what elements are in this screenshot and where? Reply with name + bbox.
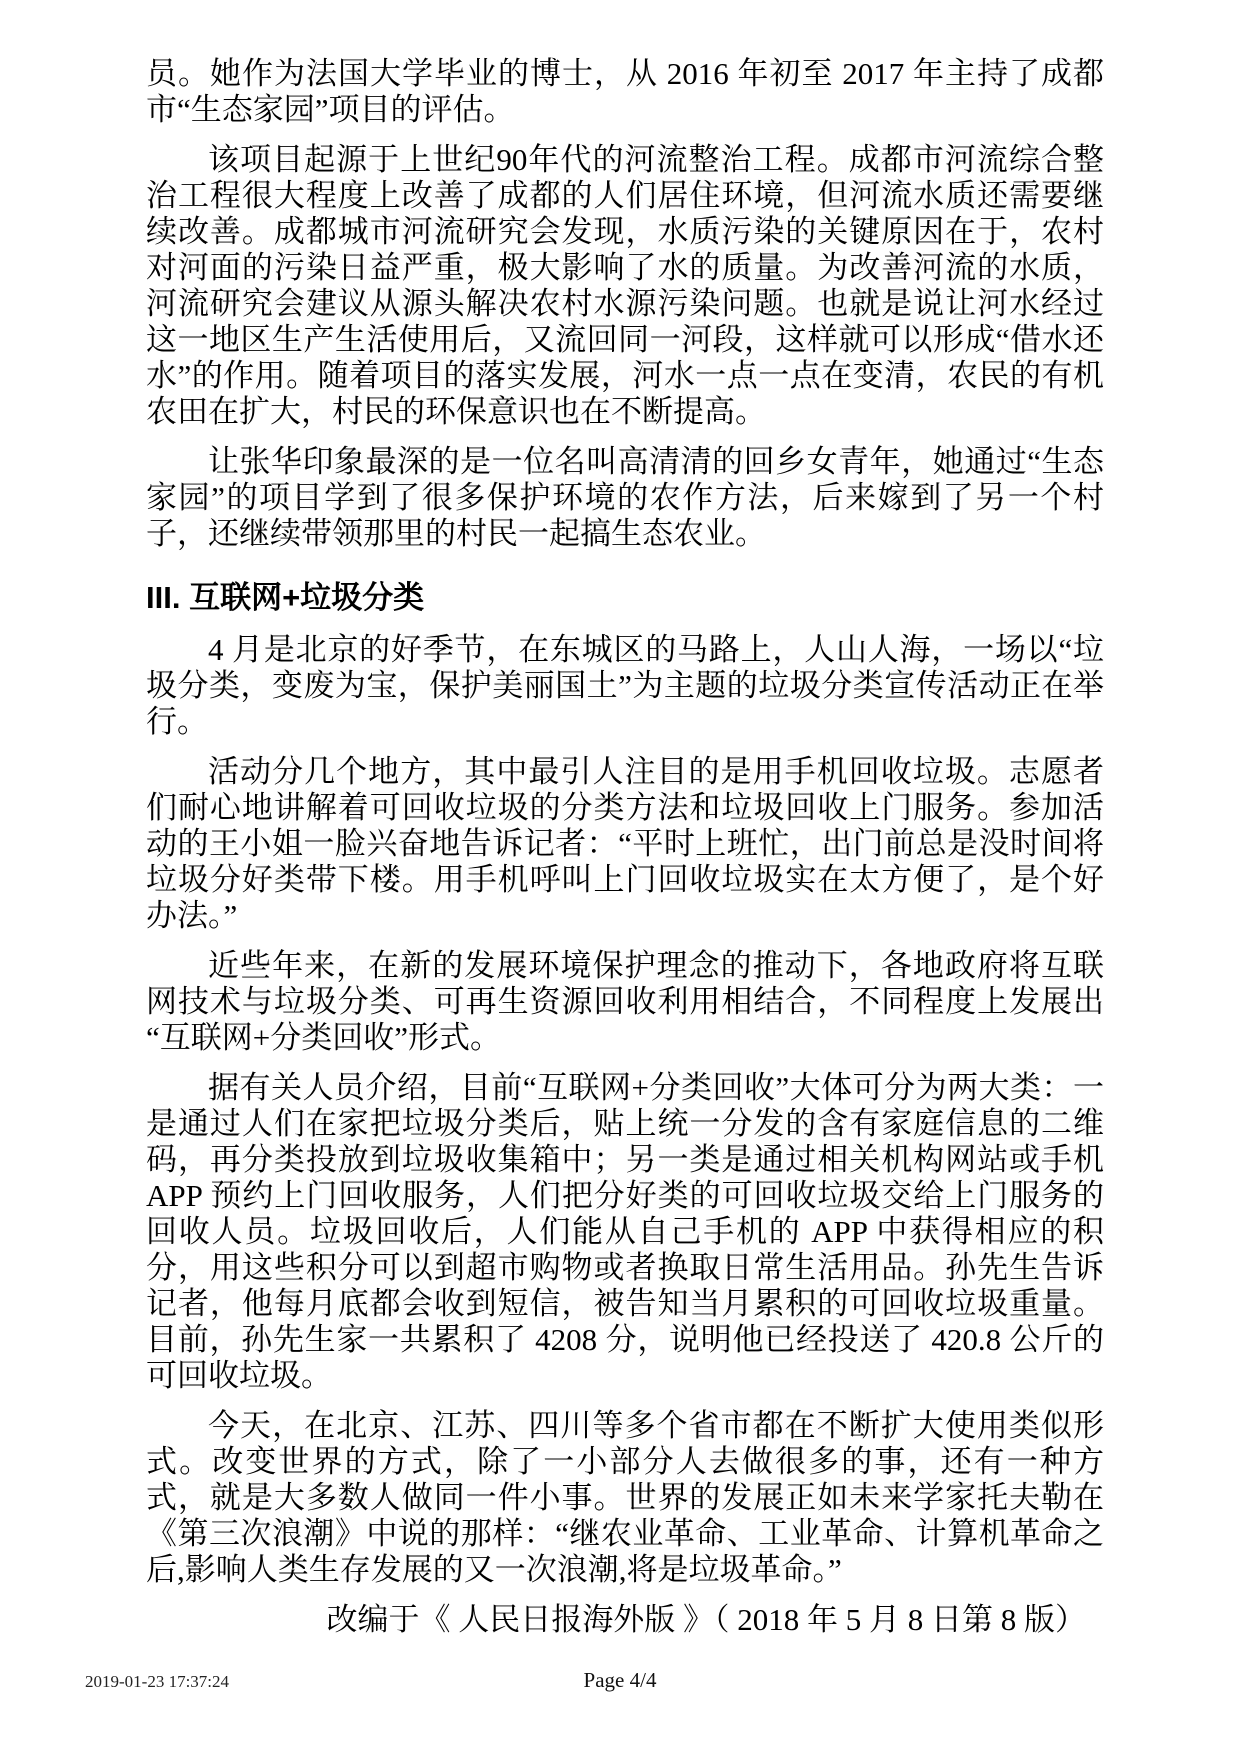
paragraph-river-project: 该项目起源于上世纪90年代的河流整治工程。成都市河流综合整治工程很大程度上改善了… [146, 142, 1104, 430]
paragraph-activity: 活动分几个地方，其中最引人注目的是用手机回收垃圾。志愿者们耐心地讲解着可回收垃圾… [146, 754, 1104, 934]
paragraph-two-categories: 据有关人员介绍，目前“互联网+分类回收”大体可分为两大类：一是通过人们在家把垃圾… [146, 1070, 1104, 1394]
document-body: 员。她作为法国大学毕业的博士，从 2016 年初至 2017 年主持了成都市“生… [146, 56, 1104, 1638]
paragraph-today: 今天，在北京、江苏、四川等多个省市都在不断扩大使用类似形式。改变世界的方式，除了… [146, 1408, 1104, 1588]
document-page: 员。她作为法国大学毕业的博士，从 2016 年初至 2017 年主持了成都市“生… [0, 0, 1240, 1754]
paragraph-april-beijing: 4 月是北京的好季节，在东城区的马路上，人山人海，一场以“垃圾分类，变废为宝，保… [146, 632, 1104, 740]
paragraph-recent-years: 近些年来，在新的发展环境保护理念的推动下，各地政府将互联网技术与垃圾分类、可再生… [146, 948, 1104, 1056]
footer-page-number: Page 4/4 [0, 1668, 1240, 1692]
paragraph-gao-qingqing: 让张华印象最深的是一位名叫高清清的回乡女青年，她通过“生态家园”的项目学到了很多… [146, 444, 1104, 552]
section-heading: III. 互联网+垃圾分类 [146, 580, 1104, 616]
source-attribution: 改编于《 人民日报海外版 》（ 2018 年 5 月 8 日第 8 版） [146, 1602, 1104, 1638]
paragraph-continuation: 员。她作为法国大学毕业的博士，从 2016 年初至 2017 年主持了成都市“生… [146, 56, 1104, 128]
